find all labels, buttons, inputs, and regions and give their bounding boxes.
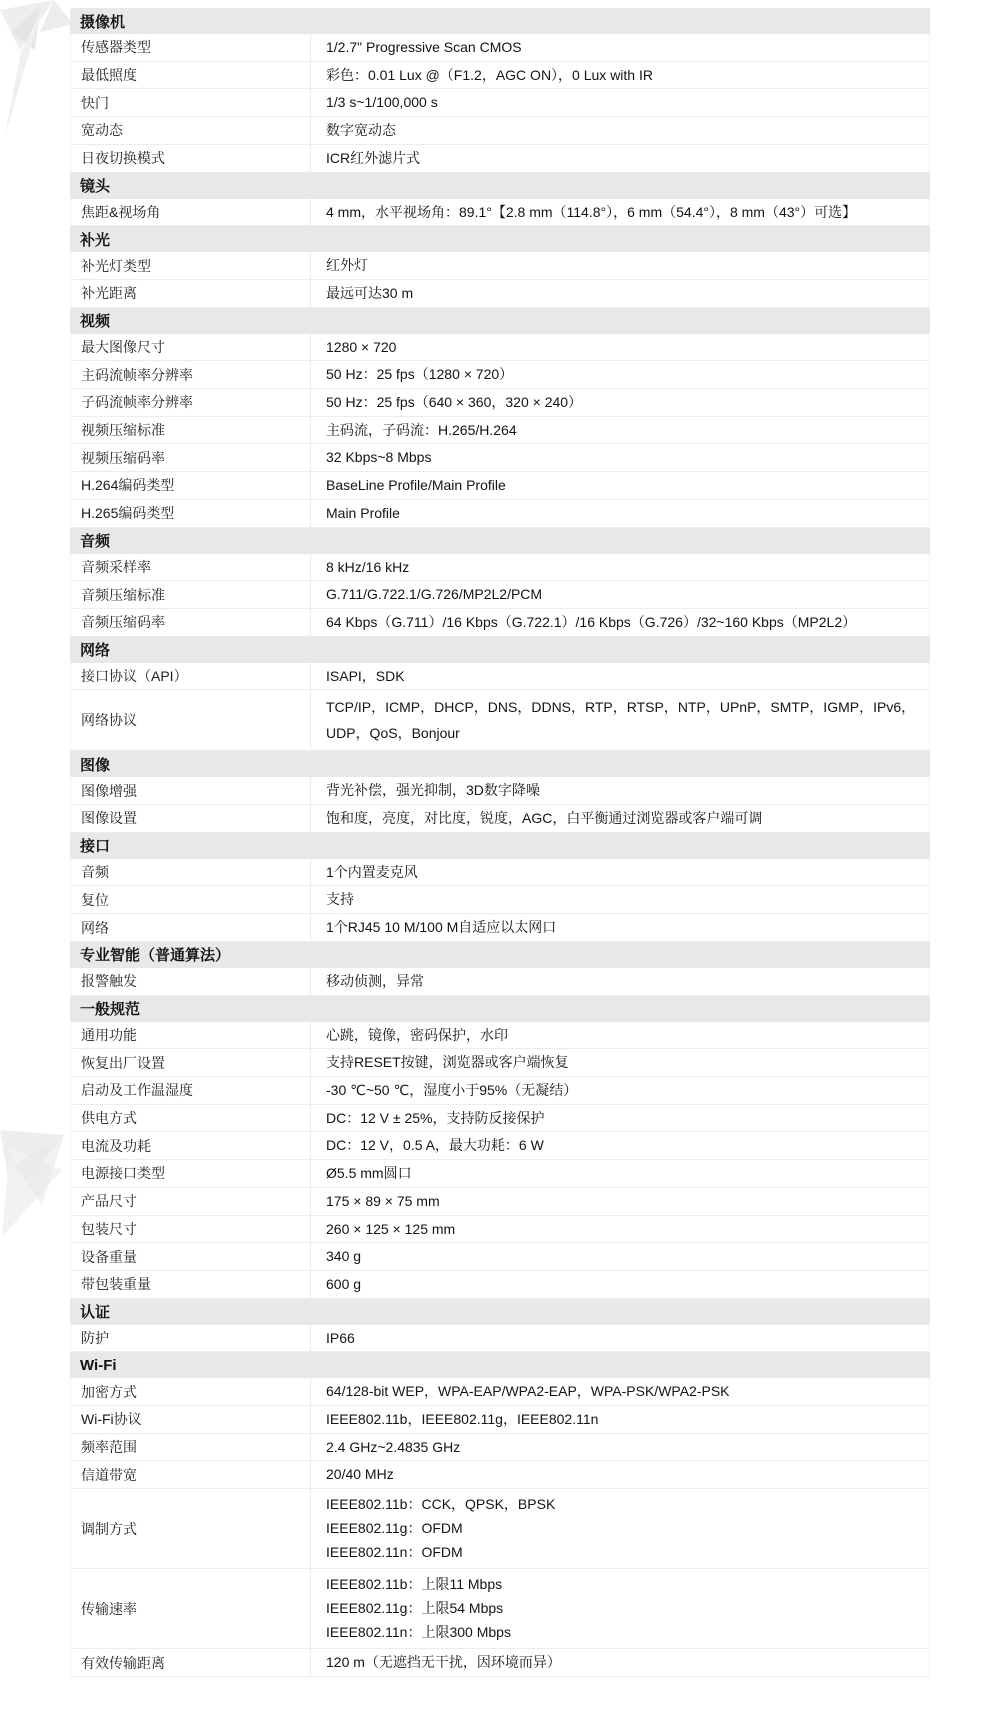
spec-value: 支持RESET按键，浏览器或客户端恢复	[311, 1049, 929, 1076]
spec-label: 传输速率	[71, 1569, 311, 1648]
spec-row: 日夜切换模式ICR红外滤片式	[70, 145, 930, 173]
section-header: 视频	[70, 308, 930, 334]
spec-label: 通用功能	[71, 1022, 311, 1049]
spec-row: 图像增强背光补偿，强光抑制，3D数字降噪	[70, 777, 930, 805]
spec-value: IEEE802.11b，IEEE802.11g，IEEE802.11n	[311, 1406, 929, 1433]
spec-label: H.264编码类型	[71, 472, 311, 499]
spec-row: 图像设置饱和度，亮度，对比度，锐度，AGC，白平衡通过浏览器或客户端可调	[70, 805, 930, 833]
spec-row: 通用功能心跳，镜像，密码保护，水印	[70, 1022, 930, 1050]
spec-label: 宽动态	[71, 117, 311, 144]
section-header: 摄像机	[70, 8, 930, 34]
spec-value: 背光补偿，强光抑制，3D数字降噪	[311, 777, 929, 804]
spec-value: 8 kHz/16 kHz	[311, 554, 929, 581]
spec-label: 最低照度	[71, 62, 311, 89]
spec-label: 视频压缩码率	[71, 444, 311, 471]
spec-row: 视频压缩码率32 Kbps~8 Mbps	[70, 444, 930, 472]
spec-section: 专业智能（普通算法）报警触发移动侦测，异常	[70, 942, 930, 996]
spec-label: 加密方式	[71, 1378, 311, 1405]
spec-row: 供电方式DC：12 V ± 25%，支持防反接保护	[70, 1105, 930, 1133]
spec-value: IP66	[311, 1325, 929, 1352]
spec-label: 快门	[71, 89, 311, 116]
spec-label: 音频压缩码率	[71, 609, 311, 636]
spec-row: 补光灯类型红外灯	[70, 252, 930, 280]
spec-value: Main Profile	[311, 500, 929, 527]
spec-label: 产品尺寸	[71, 1188, 311, 1215]
spec-value: IEEE802.11b：上限11 Mbps IEEE802.11g：上限54 M…	[311, 1569, 929, 1648]
spec-section: 补光补光灯类型红外灯补光距离最远可达30 m	[70, 226, 930, 307]
spec-row: 主码流帧率分辨率50 Hz：25 fps（1280 × 720）	[70, 361, 930, 389]
spec-value: 32 Kbps~8 Mbps	[311, 444, 929, 471]
spec-row: 电源接口类型Ø5.5 mm圆口	[70, 1160, 930, 1188]
spec-label: 接口协议（API）	[71, 663, 311, 690]
spec-value: 120 m（无遮挡无干扰，因环境而异）	[311, 1649, 929, 1676]
spec-section: 镜头焦距&视场角4 mm，水平视场角：89.1°【2.8 mm（114.8°），…	[70, 173, 930, 227]
spec-label: 主码流帧率分辨率	[71, 361, 311, 388]
spec-label: 音频	[71, 859, 311, 886]
spec-row: 防护IP66	[70, 1325, 930, 1353]
spec-label: 焦距&视场角	[71, 199, 311, 226]
spec-label: 防护	[71, 1325, 311, 1352]
spec-row: 恢复出厂设置支持RESET按键，浏览器或客户端恢复	[70, 1049, 930, 1077]
spec-section: 视频最大图像尺寸1280 × 720主码流帧率分辨率50 Hz：25 fps（1…	[70, 308, 930, 528]
spec-value: 1280 × 720	[311, 334, 929, 361]
spec-label: 补光距离	[71, 280, 311, 307]
spec-row: 焦距&视场角4 mm，水平视场角：89.1°【2.8 mm（114.8°），6 …	[70, 199, 930, 227]
spec-value: 饱和度，亮度，对比度，锐度，AGC，白平衡通过浏览器或客户端可调	[311, 805, 929, 832]
spec-row: 音频采样率8 kHz/16 kHz	[70, 554, 930, 582]
spec-value: Ø5.5 mm圆口	[311, 1160, 929, 1187]
spec-label: 电源接口类型	[71, 1160, 311, 1187]
spec-row: 补光距离最远可达30 m	[70, 280, 930, 308]
spec-value: 支持	[311, 886, 929, 913]
spec-label: 视频压缩标准	[71, 417, 311, 444]
spec-value: 64 Kbps（G.711）/16 Kbps（G.722.1）/16 Kbps（…	[311, 609, 929, 636]
spec-label: 音频采样率	[71, 554, 311, 581]
section-header: 补光	[70, 226, 930, 252]
spec-row: 音频1个内置麦克风	[70, 859, 930, 887]
spec-row: 产品尺寸175 × 89 × 75 mm	[70, 1188, 930, 1216]
spec-row: 音频压缩码率64 Kbps（G.711）/16 Kbps（G.722.1）/16…	[70, 609, 930, 637]
spec-label: 图像增强	[71, 777, 311, 804]
section-header: 认证	[70, 1299, 930, 1325]
spec-value: 4 mm，水平视场角：89.1°【2.8 mm（114.8°），6 mm（54.…	[311, 199, 929, 226]
spec-row: 频率范围2.4 GHz~2.4835 GHz	[70, 1434, 930, 1462]
spec-section: Wi-Fi加密方式64/128-bit WEP，WPA-EAP/WPA2-EAP…	[70, 1352, 930, 1677]
spec-value: 50 Hz：25 fps（1280 × 720）	[311, 361, 929, 388]
spec-row: 子码流帧率分辨率50 Hz：25 fps（640 × 360，320 × 240…	[70, 389, 930, 417]
spec-row: 电流及功耗DC：12 V，0.5 A，最大功耗：6 W	[70, 1132, 930, 1160]
spec-value: 1/3 s~1/100,000 s	[311, 89, 929, 116]
spec-table: 摄像机传感器类型1/2.7" Progressive Scan CMOS最低照度…	[70, 8, 930, 1677]
spec-row: 音频压缩标准G.711/G.722.1/G.726/MP2L2/PCM	[70, 581, 930, 609]
spec-row: 网络协议TCP/IP，ICMP，DHCP，DNS，DDNS，RTP，RTSP，N…	[70, 690, 930, 751]
spec-value: 64/128-bit WEP，WPA-EAP/WPA2-EAP，WPA-PSK/…	[311, 1378, 929, 1405]
spec-label: 网络	[71, 914, 311, 941]
spec-row: 包装尺寸260 × 125 × 125 mm	[70, 1216, 930, 1244]
section-header: 图像	[70, 751, 930, 777]
spec-value: 1/2.7" Progressive Scan CMOS	[311, 34, 929, 61]
spec-row: 最大图像尺寸1280 × 720	[70, 334, 930, 362]
spec-label: 供电方式	[71, 1105, 311, 1132]
spec-label: H.265编码类型	[71, 500, 311, 527]
spec-value: 最远可达30 m	[311, 280, 929, 307]
spec-row: 启动及工作温湿度-30 ℃~50 ℃，湿度小于95%（无凝结）	[70, 1077, 930, 1105]
spec-value: ISAPI，SDK	[311, 663, 929, 690]
section-header: 镜头	[70, 173, 930, 199]
spec-label: 复位	[71, 886, 311, 913]
spec-label: 电流及功耗	[71, 1132, 311, 1159]
spec-value: 红外灯	[311, 252, 929, 279]
spec-row: 传感器类型1/2.7" Progressive Scan CMOS	[70, 34, 930, 62]
crystal-watermark-icon	[0, 1125, 68, 1240]
spec-value: 1个RJ45 10 M/100 M自适应以太网口	[311, 914, 929, 941]
spec-section: 图像图像增强背光补偿，强光抑制，3D数字降噪图像设置饱和度，亮度，对比度，锐度，…	[70, 751, 930, 832]
spec-label: 网络协议	[71, 690, 311, 750]
spec-row: 设备重量340 g	[70, 1243, 930, 1271]
spec-value: TCP/IP，ICMP，DHCP，DNS，DDNS，RTP，RTSP，NTP，U…	[311, 690, 929, 750]
spec-section: 接口音频1个内置麦克风复位支持网络1个RJ45 10 M/100 M自适应以太网…	[70, 833, 930, 942]
spec-value: 20/40 MHz	[311, 1461, 929, 1488]
spec-value: IEEE802.11b：CCK，QPSK，BPSK IEEE802.11g：OF…	[311, 1489, 929, 1568]
spec-section: 音频音频采样率8 kHz/16 kHz音频压缩标准G.711/G.722.1/G…	[70, 528, 930, 637]
spec-row: 报警触发移动侦测，异常	[70, 968, 930, 996]
spec-row: 信道带宽20/40 MHz	[70, 1461, 930, 1489]
spec-label: 有效传输距离	[71, 1649, 311, 1676]
spec-section: 一般规范通用功能心跳，镜像，密码保护，水印恢复出厂设置支持RESET按键，浏览器…	[70, 996, 930, 1299]
spec-value: -30 ℃~50 ℃，湿度小于95%（无凝结）	[311, 1077, 929, 1104]
spec-row: 带包装重量600 g	[70, 1271, 930, 1299]
spec-row: 调制方式IEEE802.11b：CCK，QPSK，BPSK IEEE802.11…	[70, 1489, 930, 1569]
spec-label: 调制方式	[71, 1489, 311, 1568]
spec-row: 视频压缩标准主码流，子码流：H.265/H.264	[70, 417, 930, 445]
spec-row: Wi-Fi协议IEEE802.11b，IEEE802.11g，IEEE802.1…	[70, 1406, 930, 1434]
spec-row: H.265编码类型Main Profile	[70, 500, 930, 528]
spec-label: 频率范围	[71, 1434, 311, 1461]
spec-value: 340 g	[311, 1243, 929, 1270]
spec-row: 宽动态数字宽动态	[70, 117, 930, 145]
spec-row: 传输速率IEEE802.11b：上限11 Mbps IEEE802.11g：上限…	[70, 1569, 930, 1649]
spec-value: 175 × 89 × 75 mm	[311, 1188, 929, 1215]
spec-value: 1个内置麦克风	[311, 859, 929, 886]
spec-label: 传感器类型	[71, 34, 311, 61]
spec-value: 2.4 GHz~2.4835 GHz	[311, 1434, 929, 1461]
spec-section: 认证防护IP66	[70, 1299, 930, 1353]
spec-section: 网络接口协议（API）ISAPI，SDK网络协议TCP/IP，ICMP，DHCP…	[70, 637, 930, 752]
spec-value: 600 g	[311, 1271, 929, 1298]
spec-row: 快门1/3 s~1/100,000 s	[70, 89, 930, 117]
spec-row: 最低照度彩色：0.01 Lux @（F1.2，AGC ON），0 Lux wit…	[70, 62, 930, 90]
spec-label: 补光灯类型	[71, 252, 311, 279]
spec-row: 加密方式64/128-bit WEP，WPA-EAP/WPA2-EAP，WPA-…	[70, 1378, 930, 1406]
section-header: Wi-Fi	[70, 1352, 930, 1378]
spec-value: G.711/G.722.1/G.726/MP2L2/PCM	[311, 581, 929, 608]
spec-label: 恢复出厂设置	[71, 1049, 311, 1076]
spec-value: DC：12 V ± 25%，支持防反接保护	[311, 1105, 929, 1132]
spec-section: 摄像机传感器类型1/2.7" Progressive Scan CMOS最低照度…	[70, 8, 930, 173]
section-header: 接口	[70, 833, 930, 859]
spec-value: 主码流，子码流：H.265/H.264	[311, 417, 929, 444]
spec-label: 日夜切换模式	[71, 145, 311, 172]
spec-label: 子码流帧率分辨率	[71, 389, 311, 416]
spec-label: 信道带宽	[71, 1461, 311, 1488]
spec-value: 50 Hz：25 fps（640 × 360，320 × 240）	[311, 389, 929, 416]
spec-value: BaseLine Profile/Main Profile	[311, 472, 929, 499]
spec-label: 包装尺寸	[71, 1216, 311, 1243]
spec-label: 设备重量	[71, 1243, 311, 1270]
spec-row: 接口协议（API）ISAPI，SDK	[70, 663, 930, 691]
spec-label: 图像设置	[71, 805, 311, 832]
spec-row: 有效传输距离120 m（无遮挡无干扰，因环境而异）	[70, 1649, 930, 1677]
spec-value: 彩色：0.01 Lux @（F1.2，AGC ON），0 Lux with IR	[311, 62, 929, 89]
spec-value: 心跳，镜像，密码保护，水印	[311, 1022, 929, 1049]
spec-label: 启动及工作温湿度	[71, 1077, 311, 1104]
spec-value: ICR红外滤片式	[311, 145, 929, 172]
spec-label: 带包装重量	[71, 1271, 311, 1298]
section-header: 网络	[70, 637, 930, 663]
spec-label: 最大图像尺寸	[71, 334, 311, 361]
section-header: 音频	[70, 528, 930, 554]
spec-label: 音频压缩标准	[71, 581, 311, 608]
spec-value: 数字宽动态	[311, 117, 929, 144]
section-header: 一般规范	[70, 996, 930, 1022]
spec-row: 复位支持	[70, 886, 930, 914]
spec-label: Wi-Fi协议	[71, 1406, 311, 1433]
spec-label: 报警触发	[71, 968, 311, 995]
section-header: 专业智能（普通算法）	[70, 942, 930, 968]
spec-row: 网络1个RJ45 10 M/100 M自适应以太网口	[70, 914, 930, 942]
spec-value: 移动侦测，异常	[311, 968, 929, 995]
spec-row: H.264编码类型BaseLine Profile/Main Profile	[70, 472, 930, 500]
crystal-watermark-icon	[0, 0, 76, 150]
spec-value: 260 × 125 × 125 mm	[311, 1216, 929, 1243]
spec-value: DC：12 V，0.5 A，最大功耗：6 W	[311, 1132, 929, 1159]
